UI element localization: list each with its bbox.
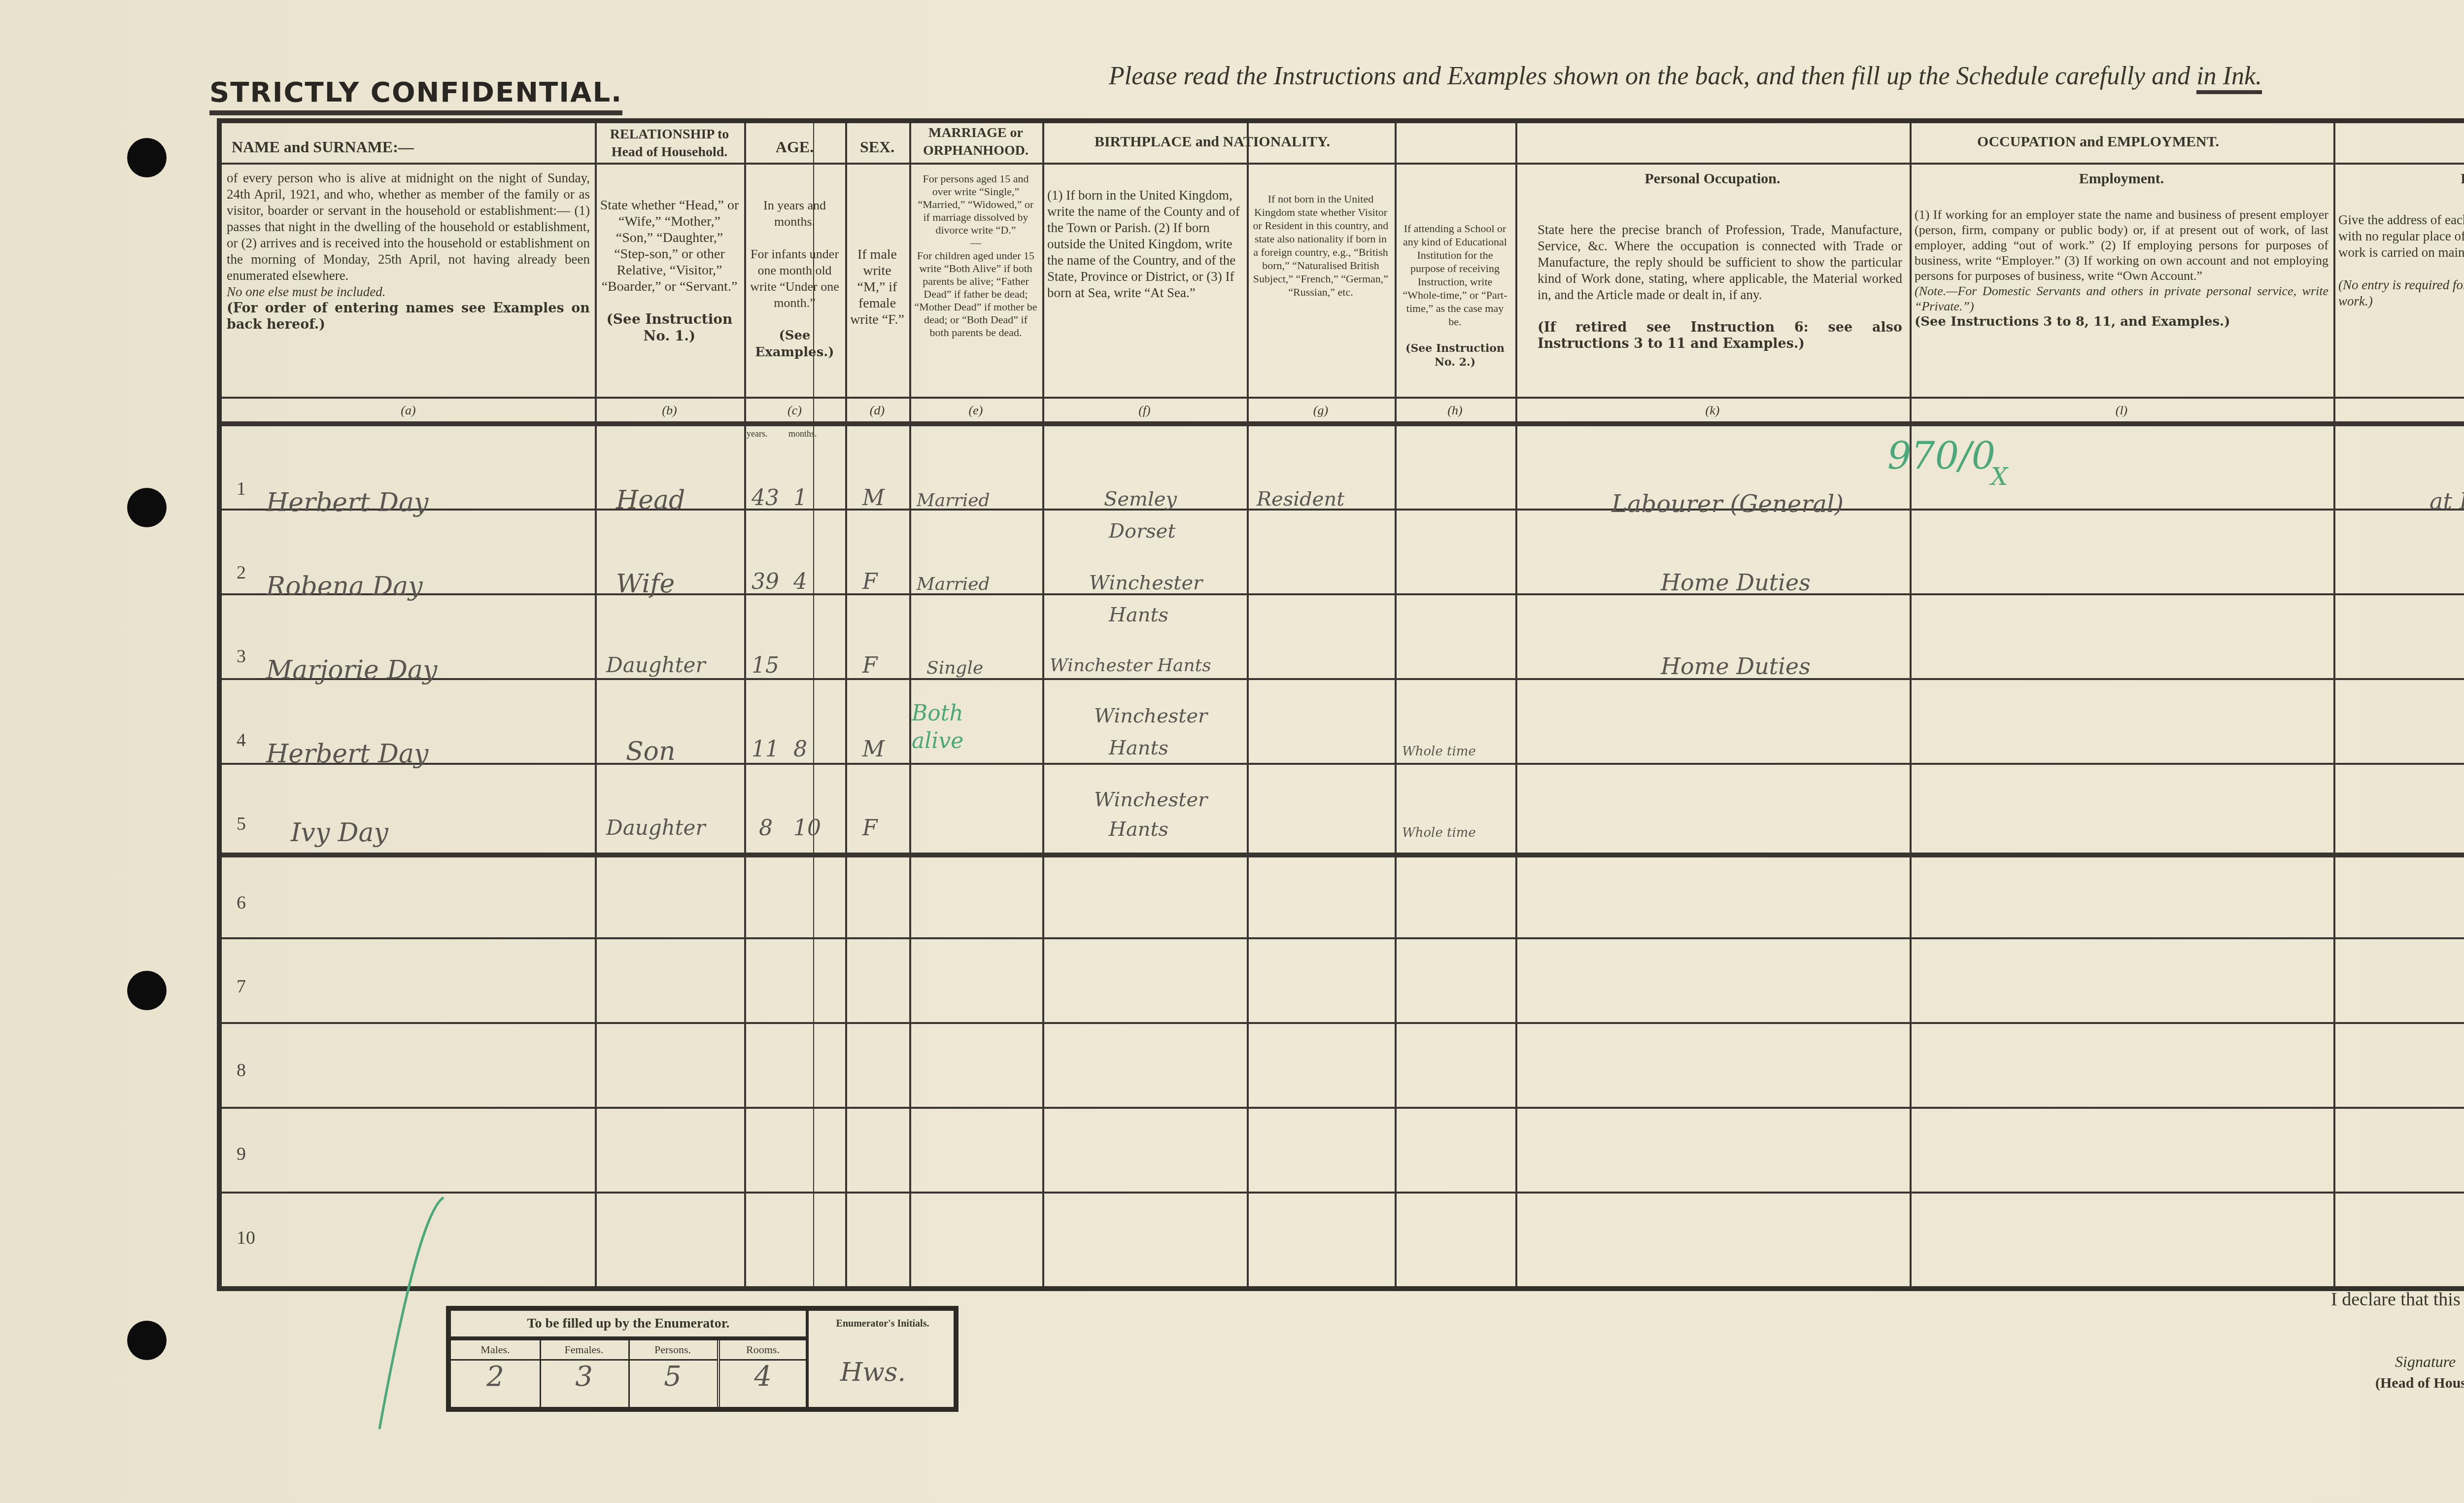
col-letter-c: (c) xyxy=(744,403,845,418)
row-number: 2 xyxy=(237,562,246,583)
declaration-text: I declare that this Schedule is correctl… xyxy=(2331,1289,2464,1310)
col-letter-l: (l) xyxy=(1910,403,2333,418)
tally-rooms-value: 4 xyxy=(720,1361,806,1393)
row-rule xyxy=(222,1022,2464,1024)
col-letter-f: (f) xyxy=(1042,403,1247,418)
census-form-table: NAME and SURNAME:— of every person who i… xyxy=(217,118,2464,1291)
punch-hole xyxy=(127,1321,167,1360)
entry-place-of-work: at Home xyxy=(2430,488,2464,514)
entry-age-months: 1 xyxy=(793,485,807,511)
col-personal-occupation-text: State here the precise branch of Profess… xyxy=(1538,222,1902,302)
entry-birthplace: Winchester xyxy=(1094,788,1207,811)
row-rule xyxy=(222,593,2464,595)
tally-males-value: 2 xyxy=(451,1361,540,1393)
entry-relationship: Daughter xyxy=(606,816,706,840)
col-name-body: of every person who is alive at midnight… xyxy=(222,170,595,333)
entry-age-months: 10 xyxy=(793,816,821,841)
entry-age-years: 39 xyxy=(752,569,779,594)
col-birthplace-g-body: If not born in the United Kingdom state … xyxy=(1247,192,1395,299)
col-relationship-text: State whether “Head,” or “Wife,” “Mother… xyxy=(600,198,739,294)
row-number: 3 xyxy=(237,646,246,667)
row-number: 1 xyxy=(237,478,246,500)
entry-occupation: Home Duties xyxy=(1661,569,1811,596)
col-marriage-body: For persons aged 15 and over write “Sing… xyxy=(909,172,1042,339)
col-letter-d: (d) xyxy=(845,403,909,418)
signature-note: (Head of Household, Manager of Establish… xyxy=(2375,1375,2464,1392)
col-name-title: NAME and SURNAME:— xyxy=(232,138,478,156)
col-marriage-children: For children aged under 15 write “Both A… xyxy=(914,249,1037,339)
signature-label: Signature xyxy=(2395,1353,2456,1371)
row-number: 6 xyxy=(237,892,246,914)
col-employment-title: Employment. xyxy=(1910,170,2333,188)
enumerator-initials-value: Hws. xyxy=(840,1358,906,1387)
col-birthplace-title: BIRTHPLACE and NATIONALITY. xyxy=(1042,133,1382,151)
page-title: STRICTLY CONFIDENTIAL. xyxy=(209,76,622,115)
col-letter-g: (g) xyxy=(1247,403,1395,418)
col-employment-ref: (See Instructions 3 to 8, 11, and Exampl… xyxy=(1915,314,2230,329)
entry-occupation: Home Duties xyxy=(1661,653,1811,680)
col-employment-note: (Note.—For Domestic Servants and others … xyxy=(1915,284,2328,313)
row-number: 5 xyxy=(237,813,246,835)
col-letter-e: (e) xyxy=(909,403,1042,418)
col-age-text: In years and months. xyxy=(763,198,826,229)
entry-sex: F xyxy=(862,816,878,841)
entry-age-years: 11 xyxy=(752,737,779,762)
row-number: 4 xyxy=(237,729,246,751)
entry-sex: M xyxy=(862,485,885,511)
entry-birthplace-county: Dorset xyxy=(1109,520,1176,543)
entry-sex: F xyxy=(862,569,878,594)
entry-birthplace: Semley xyxy=(1104,488,1177,511)
row-number: 7 xyxy=(237,976,246,997)
header-rule xyxy=(222,163,2464,165)
entry-age-years: 15 xyxy=(752,653,779,678)
col-personal-occupation-title: Personal Occupation. xyxy=(1515,170,1910,188)
entry-sex: M xyxy=(862,737,885,762)
row-rule xyxy=(222,937,2464,939)
entry-name: Marjorie Day xyxy=(266,655,437,685)
row-rule xyxy=(222,1192,2464,1194)
entry-marriage: Married xyxy=(917,574,990,594)
entry-marriage: Single xyxy=(926,658,983,678)
entry-birthplace-county: Hants xyxy=(1109,604,1168,626)
entry-age-years: 8 xyxy=(759,816,773,841)
col-relationship-ref: (See Instruction No. 1.) xyxy=(607,311,733,344)
entry-relationship: Wife xyxy=(616,569,675,599)
col-occupation-group-title: OCCUPATION and EMPLOYMENT. xyxy=(1515,133,2464,151)
entry-age-months: 4 xyxy=(793,569,807,594)
tally-rooms: Rooms. 4 xyxy=(720,1340,806,1407)
col-place-body: Give the address of each person's place … xyxy=(2333,212,2464,309)
tally-females: Females. 3 xyxy=(540,1340,630,1407)
entry-birthplace-county: Hants xyxy=(1109,737,1168,759)
tally-males-label: Males. xyxy=(451,1340,540,1361)
age-months-subhead: months. xyxy=(788,429,817,439)
enumerator-tally-box: To be filled up by the Enumerator. Enume… xyxy=(446,1306,958,1412)
tally-persons: Persons. 5 xyxy=(628,1340,720,1407)
col-age-infants: For infants under one month old write “U… xyxy=(750,247,839,310)
entry-marriage-orphanhood: Both alive xyxy=(912,700,1000,755)
entry-birthplace: Winchester xyxy=(1094,705,1207,727)
col-birthplace-f-body: (1) If born in the United Kingdom, write… xyxy=(1042,187,1247,301)
col-place-note: (No entry is required for any person who… xyxy=(2338,277,2464,308)
col-place-text: Give the address of each person's place … xyxy=(2338,212,2464,260)
entry-birthplace: Winchester xyxy=(1089,572,1202,594)
instruction-text: Please read the Instructions and Example… xyxy=(1109,62,2190,90)
punch-hole xyxy=(127,971,167,1010)
col-divider xyxy=(1515,123,1517,1286)
col-personal-occupation-ref: (If retired see Instruction 6: see also … xyxy=(1538,320,1902,351)
entry-name: Herbert Day xyxy=(266,739,428,769)
tally-females-value: 3 xyxy=(540,1361,628,1393)
col-age-title: AGE. xyxy=(744,138,845,156)
instruction-banner: Please read the Instructions and Example… xyxy=(1109,62,2262,91)
entry-sex: F xyxy=(862,653,878,678)
entry-name: Ivy Day xyxy=(291,818,388,848)
row-group-rule xyxy=(222,853,2464,857)
col-letter-k: (k) xyxy=(1515,403,1910,418)
occupation-code-annotation: 970/0 xyxy=(1887,434,1995,478)
entry-school: Whole time xyxy=(1402,825,1476,840)
row-rule xyxy=(222,678,2464,680)
age-years-subhead: years. xyxy=(747,429,767,439)
entry-birthplace-county: Hants xyxy=(1109,818,1168,841)
col-relationship-body: State whether “Head,” or “Wife,” “Mother… xyxy=(595,197,744,344)
col-school-ref: (See Instruction No. 2.) xyxy=(1405,342,1505,369)
tally-rooms-label: Rooms. xyxy=(720,1340,806,1361)
col-letter-h: (h) xyxy=(1395,403,1515,418)
census-schedule-page: STRICTLY CONFIDENTIAL. Please read the I… xyxy=(0,0,2464,1503)
entry-birthplace: Winchester Hants xyxy=(1050,655,1211,676)
col-letter-b: (b) xyxy=(595,403,744,418)
row-number: 8 xyxy=(237,1059,246,1081)
col-relationship-title: RELATIONSHIP to Head of Household. xyxy=(595,126,744,161)
col-employment-text: (1) If working for an employer state the… xyxy=(1915,207,2328,283)
col-school-body: If attending a School or any kind of Edu… xyxy=(1395,222,1515,369)
header-rule-thick xyxy=(222,421,2464,426)
instruction-emphasis: in Ink. xyxy=(2196,62,2262,94)
entry-age-months: 8 xyxy=(793,737,807,762)
col-letter-a: (a) xyxy=(222,403,595,418)
entry-age-years: 43 xyxy=(752,485,779,511)
col-marriage-title: MARRIAGE or ORPHANHOOD. xyxy=(909,124,1042,160)
header-rule xyxy=(222,397,2464,399)
enumerator-box-heading: To be filled up by the Enumerator. xyxy=(451,1311,806,1340)
tally-persons-label: Persons. xyxy=(628,1340,717,1361)
col-name-note: No one else must be included. xyxy=(227,284,385,299)
col-sex-title: SEX. xyxy=(845,138,909,156)
entry-nationality: Resident xyxy=(1257,488,1344,511)
col-personal-occupation-body: State here the precise branch of Profess… xyxy=(1533,222,1907,352)
punch-hole xyxy=(127,138,167,177)
col-name-order: (For order of entering names see Example… xyxy=(227,301,590,332)
col-place-title: Place of Work. xyxy=(2333,170,2464,188)
punch-hole xyxy=(127,488,167,527)
row-rule xyxy=(222,763,2464,765)
entry-relationship: Daughter xyxy=(606,653,706,677)
entry-relationship: Son xyxy=(626,737,675,766)
tally-males: Males. 2 xyxy=(451,1340,541,1407)
col-employment-body: (1) If working for an employer state the… xyxy=(1910,207,2333,330)
col-school-text: If attending a School or any kind of Edu… xyxy=(1403,222,1507,328)
col-marriage-text: For persons aged 15 and over write “Sing… xyxy=(918,172,1034,236)
entry-occupation: Labourer (General) xyxy=(1611,490,1844,518)
row-number: 10 xyxy=(237,1227,255,1249)
col-name-body-text: of every person who is alive at midnight… xyxy=(227,171,590,283)
col-age-body: In years and months. For infants under o… xyxy=(744,197,845,361)
entry-name: Herbert Day xyxy=(266,488,428,517)
row-rule xyxy=(222,1107,2464,1109)
check-mark-icon xyxy=(340,1193,458,1439)
entry-school: Whole time xyxy=(1402,744,1476,759)
tally-persons-value: 5 xyxy=(628,1361,717,1393)
col-age-ref: (See Examples.) xyxy=(755,328,834,360)
col-sex-body: If male write “M,” if female write “F.” xyxy=(845,246,909,328)
entry-marriage: Married xyxy=(917,490,990,511)
entry-relationship: Head xyxy=(616,485,685,515)
entry-name: Robena Day xyxy=(266,572,423,601)
row-number: 9 xyxy=(237,1143,246,1165)
tally-females-label: Females. xyxy=(540,1340,628,1361)
col-letter-m: (m) xyxy=(2333,403,2464,418)
